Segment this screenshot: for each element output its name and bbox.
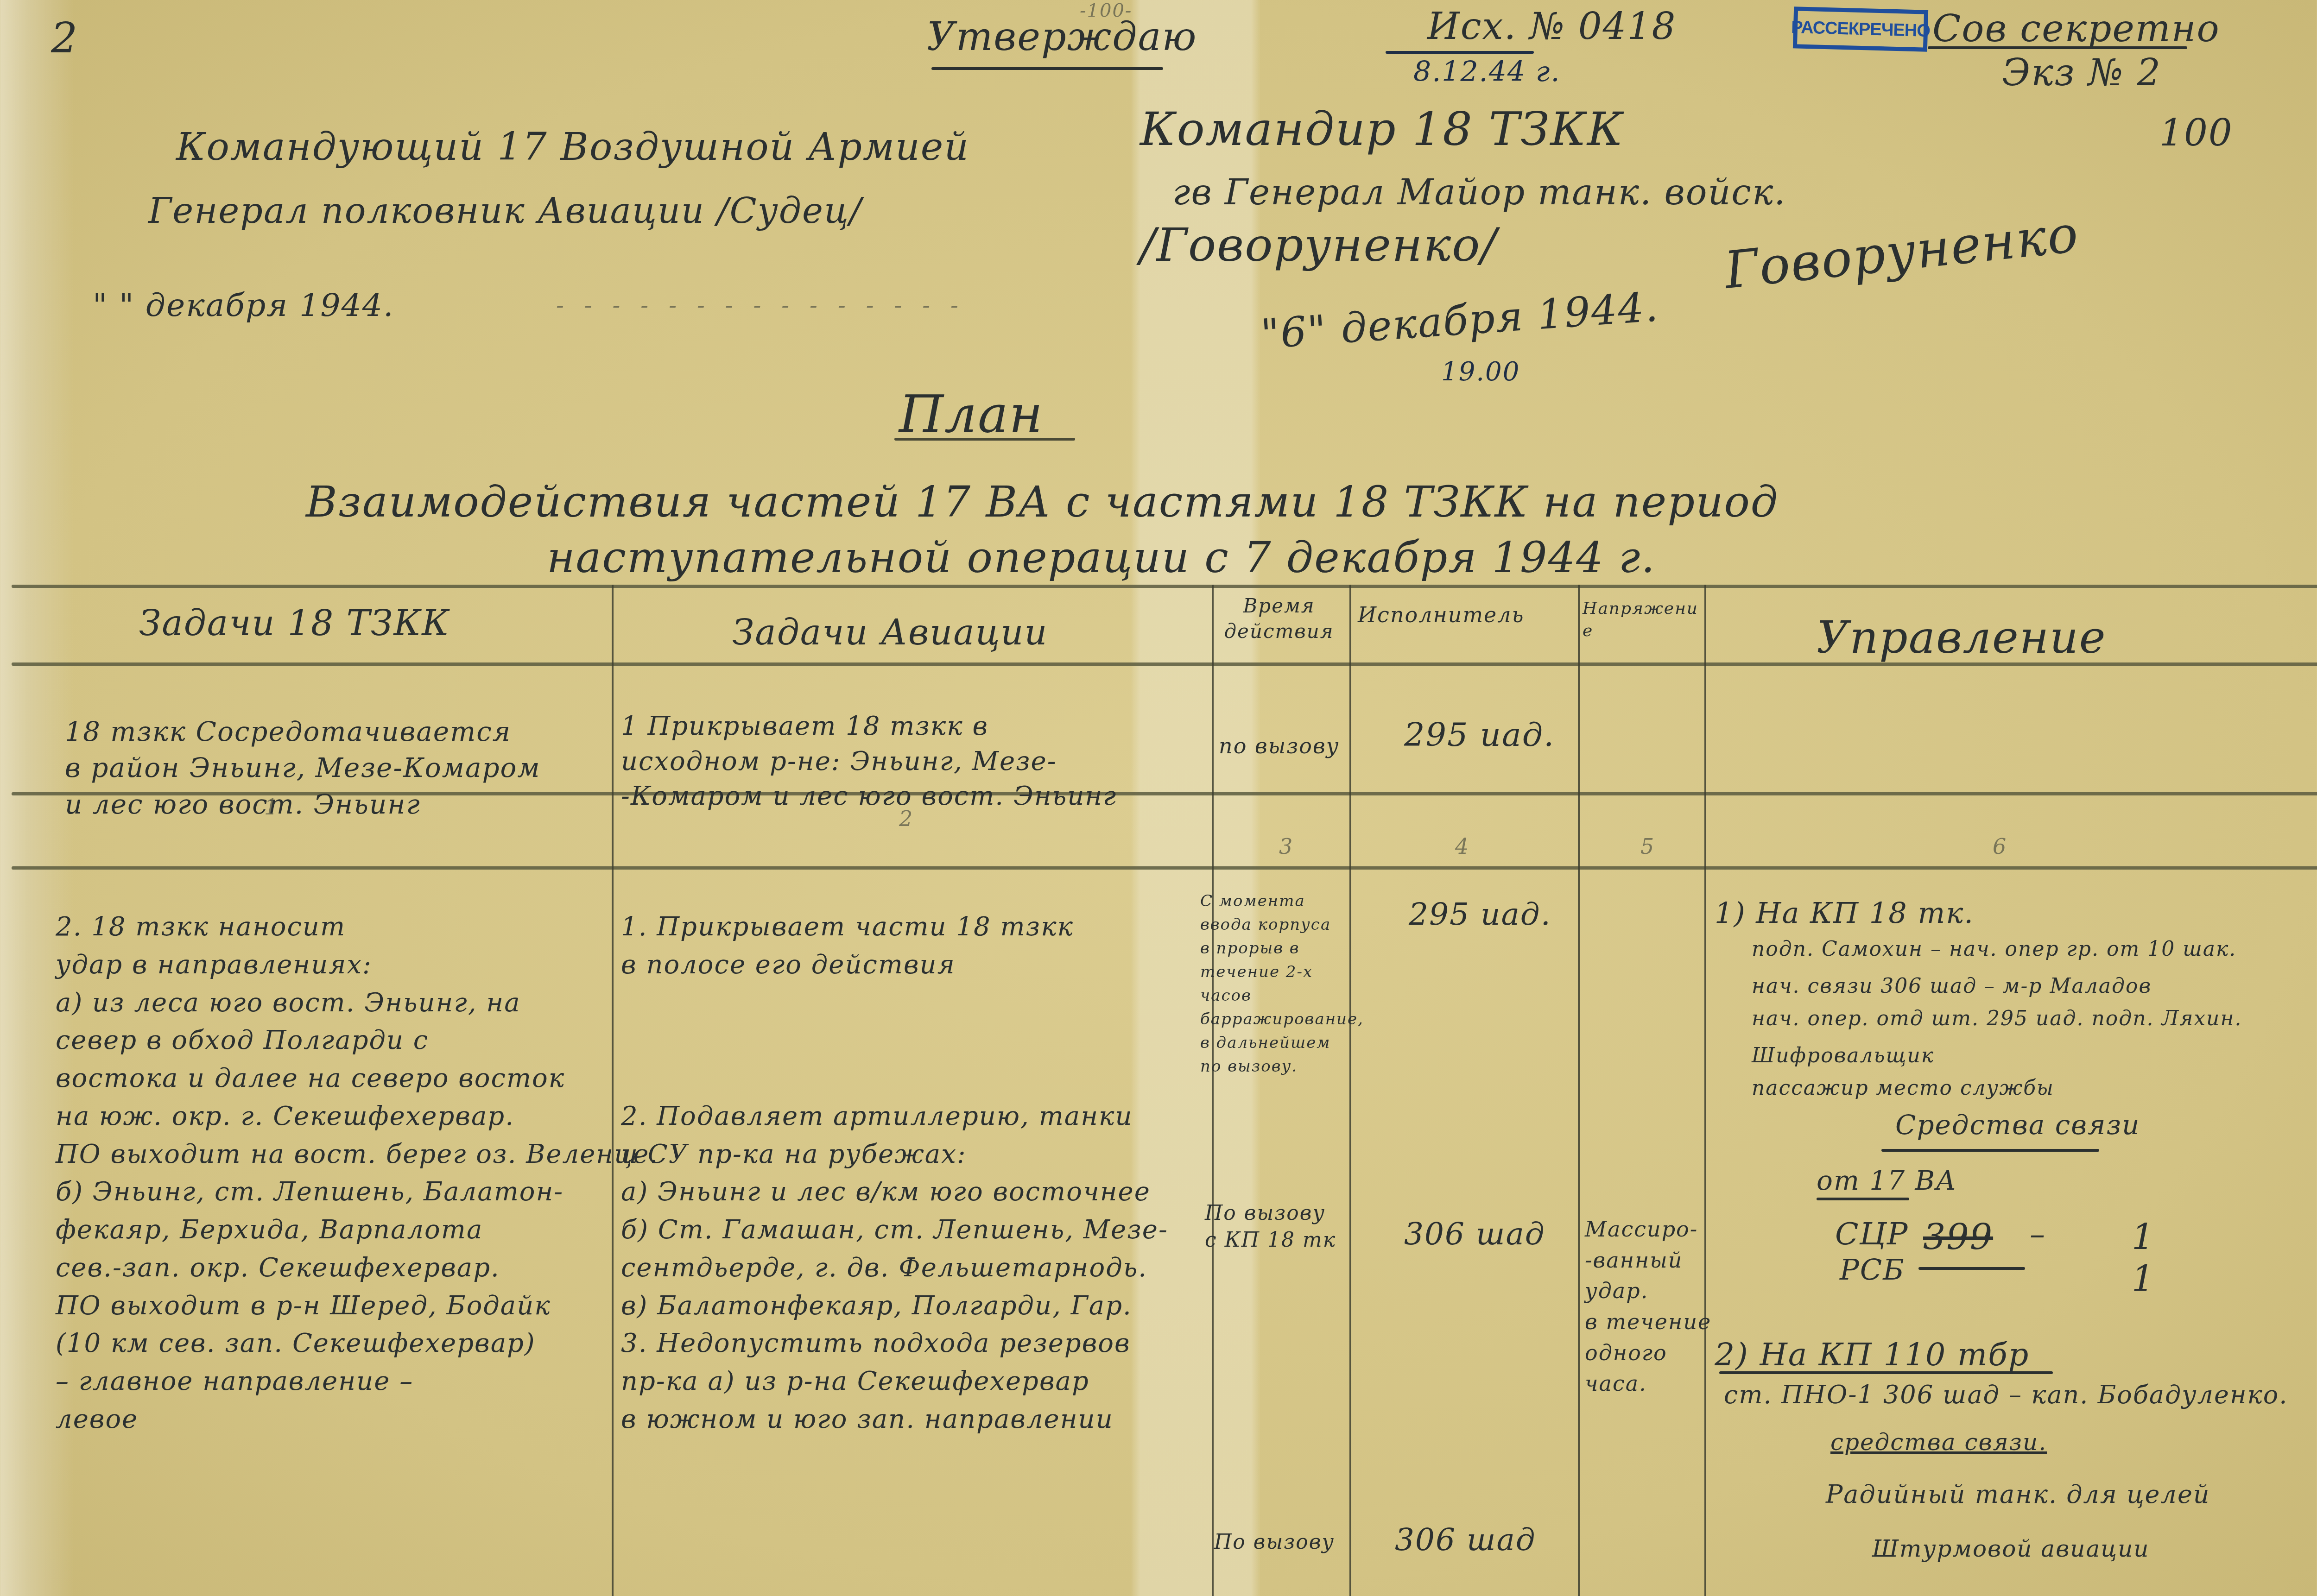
- plan-title-underline: [894, 438, 1075, 441]
- control-section2-line-1: ст. ПНО-1 306 шад – кап. Бобадуленко.: [1724, 1378, 2288, 1411]
- outgoing-underline: [1386, 51, 1534, 54]
- row2-executor-2: 306 шад: [1404, 1214, 1545, 1254]
- comms-1-model: 399: [1923, 1214, 1993, 1260]
- row2-executor-3: 306 шад: [1395, 1520, 1536, 1560]
- plan-subtitle-2: наступательной операции с 7 декабря 1944…: [547, 533, 1656, 582]
- column-numbers-bottom-border: [12, 866, 2317, 870]
- comms-1-name: СЦР: [1835, 1214, 1908, 1254]
- declassified-stamp: РАССЕКРЕЧЕНО: [1793, 6, 1928, 52]
- comms-1-count: 1: [2132, 1214, 2155, 1260]
- right-approver-title-2: гв Генерал Майор танк. войск.: [1172, 171, 1786, 213]
- column-number-5: 5: [1640, 834, 1655, 859]
- folio-number: 100: [2159, 111, 2233, 154]
- header-corps-tasks: Задачи 18 ТЗКК: [139, 602, 450, 643]
- control-section1-line-3: нач. опер. отд шт. 295 иад. подп. Ляхин.: [1752, 1005, 2242, 1032]
- comms-from-underline: [1817, 1198, 1909, 1200]
- col-divider-3: [1349, 585, 1351, 1596]
- col-divider-5: [1704, 585, 1706, 1596]
- comms-from: от 17 ВА: [1817, 1163, 1957, 1199]
- header-executor: Исполнитель: [1358, 602, 1525, 627]
- right-approval-date: "6" декабря 1944.: [1259, 283, 1660, 358]
- header-aviation-tasks: Задачи Авиации: [732, 612, 1048, 653]
- column-number-3: 3: [1279, 834, 1293, 859]
- comms-2-count: 1: [2132, 1255, 2155, 1302]
- col-divider-4: [1578, 585, 1580, 1596]
- outgoing-date: 8.12.44 г.: [1413, 56, 1560, 88]
- row2-time-2: По вызову с КП 18 тк: [1205, 1200, 1344, 1254]
- plan-subtitle-1: Взаимодействия частей 17 ВА с частями 18…: [306, 477, 1779, 527]
- control-section1-line-4: Шифровальщик: [1752, 1042, 1934, 1069]
- right-approver-signature: Говоруненко: [1722, 204, 2082, 300]
- classification-underline: [1928, 46, 2187, 49]
- control-section2-line-3: Радийный танк. для целей: [1826, 1478, 2210, 1511]
- row2-executor-1: 295 иад.: [1409, 894, 1551, 934]
- table-top-border: [12, 585, 2317, 588]
- row2-intensity: Массиро- -ванный удар. в течение одного …: [1585, 1214, 1711, 1399]
- approval-underline: [931, 67, 1163, 70]
- control-section2-underline: [1719, 1371, 2053, 1374]
- column-number-6: 6: [1993, 834, 2007, 859]
- right-approver-title-1: Командир 18 ТЗКК: [1140, 102, 1624, 156]
- col-divider-2: [1212, 585, 1214, 1596]
- right-approval-time: 19.00: [1441, 357, 1520, 387]
- row1-corps-task: 18 тзкк Сосредотачивается в район Эньинг…: [65, 713, 541, 822]
- comms-heading-underline: [1881, 1149, 2099, 1152]
- row2-aviation-task: 1. Прикрывает части 18 тзкк в полосе его…: [621, 908, 1168, 1438]
- header-intensity: Напряжение: [1583, 598, 1701, 642]
- header-time: Время действия: [1214, 593, 1344, 644]
- row2-time-1: С момента ввода корпуса в прорыв в течен…: [1200, 889, 1344, 1079]
- left-approver-title-2: Генерал полковник Авиации /Судец/: [148, 190, 862, 231]
- control-section1-line-2: нач. связи 306 шад – м-р Маладов: [1752, 973, 2152, 1000]
- row1-executor: 295 иад.: [1404, 713, 1555, 756]
- plan-title: План: [899, 385, 1044, 444]
- left-approval-date: " " декабря 1944.: [93, 287, 394, 324]
- copy-number: Экз № 2: [2002, 51, 2161, 94]
- comms-2-name: РСБ: [1840, 1251, 1905, 1289]
- column-number-1: 1: [264, 795, 279, 820]
- comms-2-dash: [1918, 1267, 2025, 1270]
- header-control: Управление: [1817, 612, 2107, 663]
- control-section2-line-2: средства связи.: [1830, 1427, 2047, 1457]
- classification-label: Сов секретно: [1932, 7, 2220, 50]
- row2-time-3: По вызову: [1214, 1529, 1348, 1556]
- right-approver-name: /Говоруненко/: [1140, 218, 1497, 272]
- approval-label: Утверждаю: [927, 14, 1197, 59]
- row1-aviation-task: 1 Прикрывает 18 тзкк в исходном р-не: Эн…: [621, 709, 1117, 814]
- column-number-2: 2: [899, 806, 913, 831]
- comms-heading: Средства связи: [1895, 1107, 2140, 1143]
- control-section1-heading: 1) На КП 18 тк.: [1715, 894, 1974, 932]
- outgoing-number: Исх. № 0418: [1427, 5, 1676, 48]
- page-corner-number: 2: [51, 14, 78, 63]
- column-number-4: 4: [1455, 834, 1469, 859]
- left-approver-title-1: Командующий 17 Воздушной Армией: [176, 125, 969, 169]
- left-signature-line: - - - - - - - - - - - - - - -: [556, 292, 965, 319]
- row1-time: по вызову: [1219, 732, 1339, 760]
- control-section1-line-1: подп. Самохин – нач. опер гр. от 10 шак.: [1752, 936, 2236, 963]
- control-section2-line-4: Штурмовой авиации: [1872, 1533, 2150, 1564]
- comms-1-dash: –: [2030, 1214, 2046, 1254]
- row2-corps-task: 2. 18 тзкк наносит удар в направлениях: …: [56, 908, 658, 1438]
- control-section2-heading: 2) На КП 110 тбр: [1715, 1334, 2029, 1376]
- control-section1-line-5: пассажир место службы: [1752, 1075, 2054, 1102]
